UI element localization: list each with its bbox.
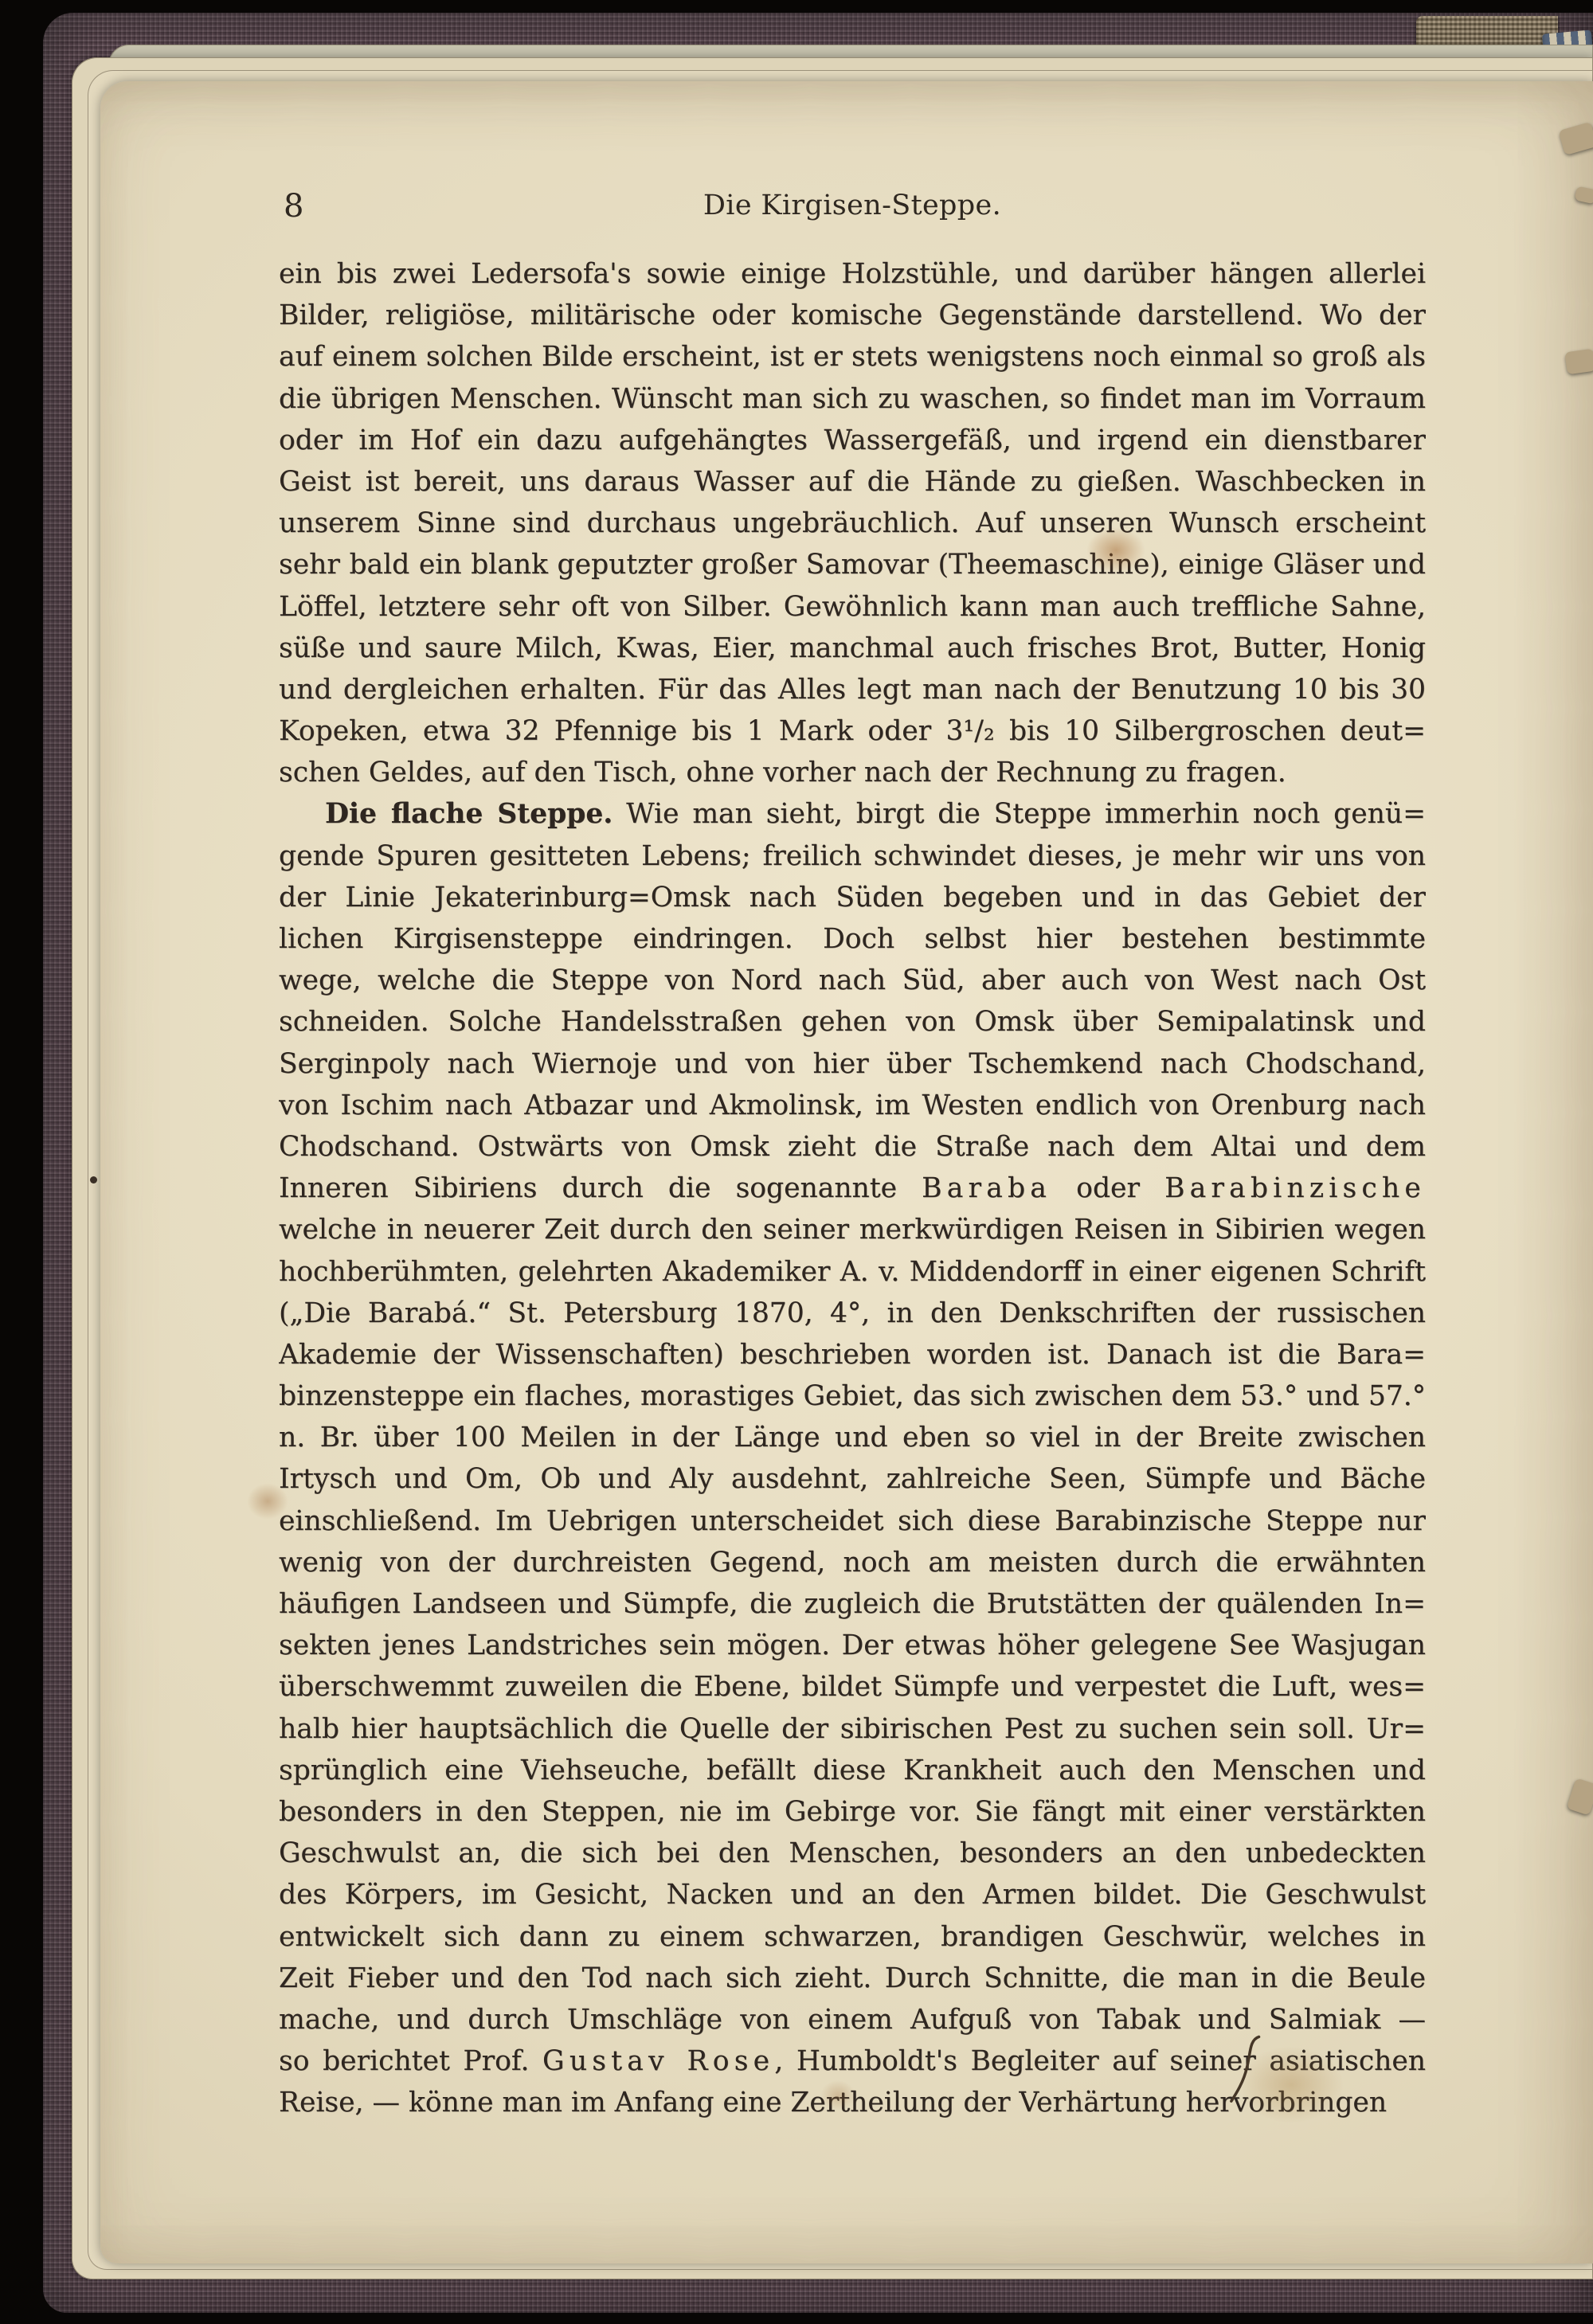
- text-run: wenig von der durchreisten Gegend, noch …: [279, 1547, 1426, 1579]
- text-line: und dergleichen erhalten. Für das Alles …: [279, 669, 1426, 710]
- text-run: , Humboldt's Begleiter auf seiner asiati…: [774, 2045, 1426, 2077]
- text-run: ein bis zwei Ledersofa's sowie einige Ho…: [279, 258, 1426, 290]
- text-run: („Die Barabá.“ St. Petersburg 1870, 4°, …: [279, 1297, 1426, 1329]
- text-run: überschwemmt zuweilen die Ebene, bildet …: [279, 1671, 1426, 1703]
- scanned-book-photo: { "page": { "page_number": "8", "running…: [0, 0, 1593, 2324]
- text-line: schen Geldes, auf den Tisch, ohne vorher…: [279, 752, 1426, 793]
- binding-thread: [1564, 349, 1593, 375]
- text-line: Zeit Fieber und den Tod nach sich zieht.…: [279, 1958, 1426, 1999]
- text-run: sehr bald ein blank geputzter großer Sam…: [279, 549, 1426, 581]
- text-line: wege, welche die Steppe von Nord nach Sü…: [279, 960, 1426, 1001]
- text-line: oder im Hof ein dazu aufgehängtes Wasser…: [279, 420, 1426, 461]
- text-line: Serginpoly nach Wiernoje und von hier üb…: [279, 1043, 1426, 1085]
- text-line: lichen Kirgisensteppe eindringen. Doch s…: [279, 918, 1426, 960]
- text-run: Geist ist bereit, uns daraus Wasser auf …: [279, 466, 1426, 498]
- text-run: binzensteppe ein flaches, morastiges Geb…: [279, 1380, 1426, 1412]
- text-line: Inneren Sibiriens durch die sogenannte B…: [279, 1168, 1426, 1209]
- text-run: Chodschand. Ostwärts von Omsk zieht die …: [279, 1131, 1426, 1163]
- text-run: schen Geldes, auf den Tisch, ohne vorher…: [279, 757, 1286, 788]
- text-run: besonders in den Steppen, nie im Gebirge…: [279, 1796, 1426, 1828]
- text-run: lichen Kirgisensteppe eindringen. Doch s…: [279, 923, 1426, 960]
- text-run: auf einem solchen Bilde erscheint, ist e…: [279, 341, 1426, 373]
- text-run: schneiden. Solche Handelsstraßen gehen v…: [279, 1006, 1426, 1038]
- text-line: der Linie Jekaterinburg=Omsk nach Süden …: [279, 877, 1426, 918]
- text-run: sekten jenes Landstriches sein mögen. De…: [279, 1630, 1426, 1661]
- text-run: Akademie der Wissenschaften) beschrieben…: [279, 1339, 1426, 1371]
- text-line: Geist ist bereit, uns daraus Wasser auf …: [279, 461, 1426, 503]
- text-line: Akademie der Wissenschaften) beschrieben…: [279, 1334, 1426, 1375]
- text-line: Löffel, letztere sehr oft von Silber. Ge…: [279, 586, 1426, 628]
- text-line: hochberühmten, gelehrten Akademiker A. v…: [279, 1251, 1426, 1293]
- text-line: n. Br. über 100 Meilen in der Länge und …: [279, 1417, 1426, 1458]
- text-line: schneiden. Solche Handelsstraßen gehen v…: [279, 1001, 1426, 1043]
- text-run: welche in neuerer Zeit durch den seiner …: [279, 1214, 1426, 1246]
- text-line: Bilder, religiöse, militärische oder kom…: [279, 295, 1426, 336]
- page-content-area: 8 Die Kirgisen-Steppe. ein bis zwei Lede…: [279, 81, 1426, 2263]
- text-run: Serginpoly nach Wiernoje und von hier üb…: [279, 1048, 1426, 1080]
- text-run: von Ischim nach Atbazar und Akmolinsk, i…: [279, 1090, 1426, 1121]
- book-page: 8 Die Kirgisen-Steppe. ein bis zwei Lede…: [100, 81, 1593, 2263]
- text-line: Die flache Steppe. Wie man sieht, birgt …: [279, 793, 1426, 835]
- text-line: die übrigen Menschen. Wünscht man sich z…: [279, 378, 1426, 420]
- text-run: unserem Sinne sind durchaus ungebräuchli…: [279, 507, 1426, 539]
- text-run: so berichtet Prof.: [279, 2045, 542, 2077]
- text-run: Irtysch und Om, Ob und Aly ausdehnt, zah…: [279, 1463, 1426, 1495]
- text-line: Irtysch und Om, Ob und Aly ausdehnt, zah…: [279, 1458, 1426, 1500]
- text-line: („Die Barabá.“ St. Petersburg 1870, 4°, …: [279, 1293, 1426, 1334]
- text-run: Bilder, religiöse, militärische oder kom…: [279, 299, 1426, 336]
- text-run: die übrigen Menschen. Wünscht man sich z…: [279, 383, 1426, 415]
- text-run: des Körpers, im Gesicht, Nacken und an d…: [279, 1879, 1426, 1911]
- text-run: Barabinzische: [1164, 1172, 1426, 1204]
- text-line: wenig von der durchreisten Gegend, noch …: [279, 1542, 1426, 1583]
- text-run: n. Br. über 100 Meilen in der Länge und …: [279, 1422, 1426, 1453]
- text-run: der Linie Jekaterinburg=Omsk nach Süden …: [279, 882, 1426, 918]
- text-line: Kopeken, etwa 32 Pfennige bis 1 Mark ode…: [279, 710, 1426, 752]
- text-run: Wie man sieht, birgt die Steppe immerhin…: [613, 798, 1426, 830]
- text-line: sprünglich eine Viehseuche, befällt dies…: [279, 1750, 1426, 1791]
- text-line: halb hier hauptsächlich die Quelle der s…: [279, 1708, 1426, 1750]
- text-line: Chodschand. Ostwärts von Omsk zieht die …: [279, 1126, 1426, 1168]
- text-run: Baraba: [922, 1172, 1051, 1204]
- text-run: Kopeken, etwa 32 Pfennige bis 1 Mark ode…: [279, 715, 1426, 747]
- text-run: hochberühmten, gelehrten Akademiker A. v…: [279, 1256, 1426, 1288]
- text-line: einschließend. Im Uebrigen unterscheidet…: [279, 1500, 1426, 1542]
- text-run: Geschwulst an, die sich bei den Menschen…: [279, 1837, 1426, 1874]
- text-run: sprünglich eine Viehseuche, befällt dies…: [279, 1755, 1426, 1791]
- text-run: wege, welche die Steppe von Nord nach Sü…: [279, 964, 1426, 1001]
- text-line: besonders in den Steppen, nie im Gebirge…: [279, 1791, 1426, 1833]
- text-run: halb hier hauptsächlich die Quelle der s…: [279, 1713, 1426, 1745]
- text-run: mache, und durch Umschläge von einem Auf…: [279, 2004, 1426, 2036]
- text-run: gende Spuren gesitteten Lebens; freilich…: [279, 840, 1426, 872]
- text-run: entwickelt sich dann zu einem schwarzen,…: [279, 1921, 1426, 1958]
- text-run: Zeit Fieber und den Tod nach sich zieht.…: [279, 1962, 1426, 1994]
- text-run: einschließend. Im Uebrigen unterscheidet…: [279, 1505, 1426, 1537]
- text-line: häufigen Landseen und Sümpfe, die zuglei…: [279, 1583, 1426, 1625]
- text-line: sehr bald ein blank geputzter großer Sam…: [279, 544, 1426, 585]
- text-line: auf einem solchen Bilde erscheint, ist e…: [279, 336, 1426, 378]
- text-run: und dergleichen erhalten. Für das Alles …: [279, 674, 1426, 706]
- text-line: Geschwulst an, die sich bei den Menschen…: [279, 1833, 1426, 1874]
- text-line: entwickelt sich dann zu einem schwarzen,…: [279, 1916, 1426, 1958]
- text-line: von Ischim nach Atbazar und Akmolinsk, i…: [279, 1085, 1426, 1126]
- text-line: sekten jenes Landstriches sein mögen. De…: [279, 1625, 1426, 1666]
- page-header: 8 Die Kirgisen-Steppe.: [279, 185, 1426, 226]
- text-run: Reise, — könne man im Anfang eine Zerthe…: [279, 2087, 1387, 2119]
- text-run: häufigen Landseen und Sümpfe, die zuglei…: [279, 1588, 1426, 1620]
- margin-ink-dot: [90, 1176, 97, 1184]
- running-header: Die Kirgisen-Steppe.: [279, 190, 1426, 221]
- text-line: des Körpers, im Gesicht, Nacken und an d…: [279, 1874, 1426, 1915]
- text-line: ein bis zwei Ledersofa's sowie einige Ho…: [279, 253, 1426, 295]
- text-run: Die flache Steppe.: [325, 798, 613, 830]
- text-run: Löffel, letztere sehr oft von Silber. Ge…: [279, 591, 1426, 623]
- text-line: gende Spuren gesitteten Lebens; freilich…: [279, 835, 1426, 877]
- text-line: welche in neuerer Zeit durch den seiner …: [279, 1209, 1426, 1250]
- text-line: süße und saure Milch, Kwas, Eier, manchm…: [279, 628, 1426, 669]
- text-run: süße und saure Milch, Kwas, Eier, manchm…: [279, 632, 1426, 664]
- text-line: überschwemmt zuweilen die Ebene, bildet …: [279, 1666, 1426, 1708]
- text-line: binzensteppe ein flaches, morastiges Geb…: [279, 1375, 1426, 1417]
- text-run: Inneren Sibiriens durch die sogenannte: [279, 1172, 922, 1204]
- text-run: oder im Hof ein dazu aufgehängtes Wasser…: [279, 425, 1426, 456]
- page-text: ein bis zwei Ledersofa's sowie einige Ho…: [279, 253, 1426, 2123]
- text-run: Gustav Rose: [542, 2045, 774, 2077]
- text-line: unserem Sinne sind durchaus ungebräuchli…: [279, 503, 1426, 544]
- text-run: oder: [1051, 1172, 1164, 1204]
